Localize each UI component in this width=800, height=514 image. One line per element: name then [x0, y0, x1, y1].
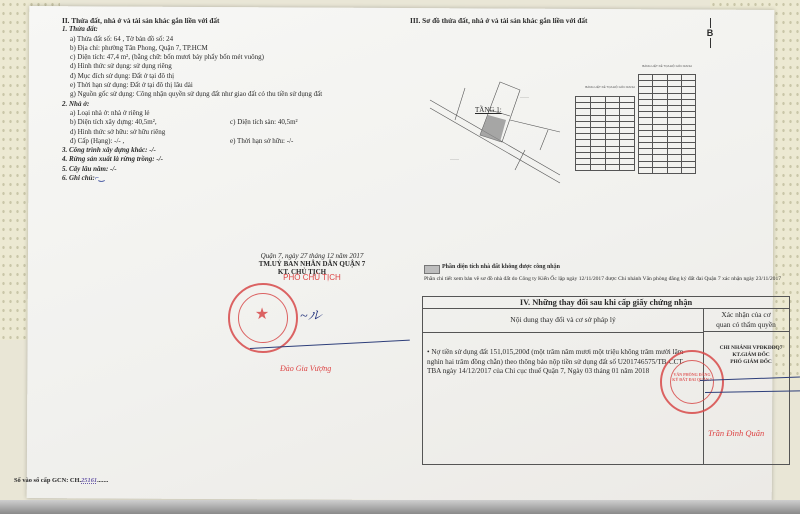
authority-org: CHI NHÁNH VPĐKĐĐQ7	[713, 345, 789, 352]
gcn-registration: Số vào sổ cấp GCN: CH.25161.......	[14, 477, 108, 484]
compass: B	[700, 18, 720, 58]
house-type: a) Loại nhà ở: nhà ở riêng lẻ	[62, 109, 322, 118]
coordinate-table-2	[638, 74, 696, 174]
coordinate-table-caption-2: BẢNG LIỆT KÊ TỌA ĐỘ GÓC RANH	[632, 65, 702, 69]
authority-role-1: KT.GIÁM ĐỐC	[713, 352, 789, 359]
production-forest: 4. Rừng sản xuất là rừng trồng: -/-	[62, 155, 322, 164]
changes-table: IV. Những thay đổi sau khi cấp giấy chứn…	[422, 296, 790, 465]
stamp-role: PHÓ CHỦ TỊCH	[212, 273, 412, 282]
north-label: B	[700, 28, 720, 38]
unrecognized-area-hatch	[480, 115, 506, 142]
gcn-number: 25161	[81, 477, 97, 484]
house-ownership: d) Hình thức sở hữu: sở hữu riêng	[62, 128, 322, 137]
house-area-row: b) Diện tích xây dựng: 40,5m², c) Diện t…	[62, 118, 322, 127]
coordinate-table-caption-1: BẢNG LIỆT KÊ TỌA ĐỘ GÓC RANH	[575, 86, 645, 90]
use-origin: g) Nguồn gốc sử dụng: Công nhận quyền sử…	[62, 90, 322, 99]
land-area: c) Diện tích: 47,4 m², (bằng chữ: bốn mư…	[62, 53, 322, 62]
parcel-number: a) Thửa đất số: 64 , Tờ bản đồ số: 24	[62, 35, 322, 44]
changes-column-header: Nội dung thay đổi và cơ sở pháp lý	[423, 308, 704, 333]
change-entry: • Nợ tiền sử dụng đất 151,015,200đ (một …	[427, 348, 697, 377]
signature-block-left: Quận 7, ngày 27 tháng 12 năm 2017 TM.UỶ …	[212, 252, 412, 282]
land-address: b) Địa chỉ: phường Tân Phong, Quận 7, TP…	[62, 44, 322, 53]
signer-name-left: Đào Gia Vượng	[280, 364, 331, 373]
house-grade-row: đ) Cấp (Hạng): -/- , e) Thời hạn sở hữu:…	[62, 137, 322, 146]
authority-header-line1: Xác nhận của cơ	[703, 310, 789, 320]
gcn-label: Số vào sổ cấp GCN: CH.	[14, 477, 81, 484]
bottom-edge	[0, 500, 800, 514]
parcel-map: ——— ———	[420, 60, 570, 190]
section-2: II. Thửa đất, nhà ở và tài sản khác gắn …	[62, 16, 322, 183]
perennial-trees: 5. Cây lâu năm: -/-	[62, 165, 322, 174]
svg-text:———: ———	[520, 95, 529, 99]
other-works: 3. Công trình xây dựng khác: -/-	[62, 146, 322, 155]
floor-label: TẦNG 1:	[475, 106, 502, 114]
handwritten-signature-left: ~ル	[300, 305, 322, 325]
authority-column-header: Xác nhận của cơ quan có thẩm quyền	[703, 308, 789, 332]
drawing-note: Phần chi tiết xem bản vẽ sơ đồ nhà đất d…	[424, 276, 784, 283]
seal-stamp-right: VĂN PHÒNG ĐĂNG KÝ ĐẤT ĐAI QUẬN 7	[660, 350, 724, 414]
use-form: d) Hình thức sử dụng: sử dụng riêng	[62, 62, 322, 71]
coordinate-table-1	[575, 96, 635, 171]
issuing-org: TM.UỶ BAN NHÂN DÂN QUẬN 7	[212, 260, 412, 268]
notes: 6. Ghi chú:⌐‿	[62, 174, 322, 183]
svg-text:———: ———	[450, 157, 459, 161]
seal-stamp-left: ★	[228, 283, 298, 353]
use-purpose: đ) Mục đích sử dụng: Đất ở tại đô thị	[62, 72, 322, 81]
authority-role-2: PHÓ GIÁM ĐỐC	[713, 359, 789, 366]
ownership-term: e) Thời hạn sở hữu: -/-	[230, 137, 293, 146]
authority-signature: CHI NHÁNH VPĐKĐĐQ7 KT.GIÁM ĐỐC PHÓ GIÁM …	[713, 345, 789, 365]
house-grade: đ) Cấp (Hạng): -/- ,	[70, 137, 230, 146]
legend-label: Phần diện tích nhà đất không được công n…	[442, 264, 560, 270]
emblem-icon: ★	[252, 305, 272, 325]
section-2-title: II. Thửa đất, nhà ở và tài sản khác gắn …	[62, 16, 322, 25]
build-area: b) Diện tích xây dựng: 40,5m²,	[70, 118, 230, 127]
land-heading: 1. Thửa đất:	[62, 25, 322, 34]
house-heading: 2. Nhà ở:	[62, 100, 322, 109]
signer-name-right: Trần Đình Quân	[708, 428, 764, 438]
floor-area: c) Diện tích sàn: 40,5m²	[230, 118, 298, 127]
use-term: e) Thời hạn sử dụng: Đất ở tại đô thị lâ…	[62, 81, 322, 90]
legend-swatch	[424, 265, 440, 274]
notes-label: 6. Ghi chú:	[62, 174, 95, 182]
section-3-title: III. Sơ đồ thửa đất, nhà ở và tài sản kh…	[410, 16, 587, 25]
authority-header-line2: quan có thẩm quyền	[703, 320, 789, 330]
issue-date: Quận 7, ngày 27 tháng 12 năm 2017	[212, 252, 412, 260]
